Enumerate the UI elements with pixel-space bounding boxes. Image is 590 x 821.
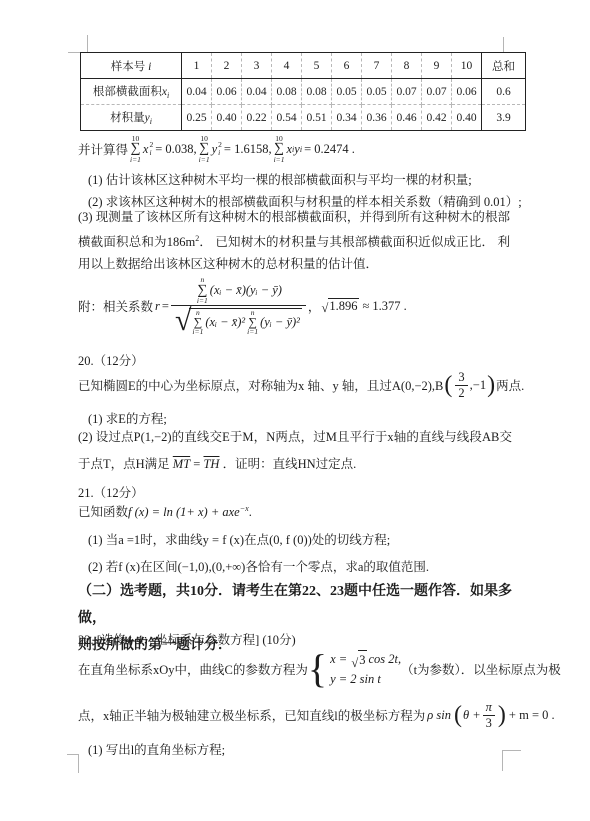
q19-item-1: (1) 估计该林区这种树木平均一棵的根部横截面积与平均一棵的材积量; [88, 170, 472, 188]
q20-item-2: (2) 设过点P(1,−2)的直线交E于M，N两点，过M且平行于x轴的直线与线段… [78, 424, 512, 478]
sum-symbol: 10∑i=1 [199, 135, 210, 163]
sample-data-table: 样本号 i 1 2 3 4 5 6 7 8 9 10 总和 根部横截面积xi 0… [80, 52, 526, 131]
cell-total: 3.9 [482, 105, 526, 131]
equation-y: y = 2 sin t [330, 670, 381, 689]
vector-TH: TH [203, 457, 219, 471]
header-col: 7 [362, 53, 392, 79]
sum-symbol: 10∑i=1 [130, 135, 141, 163]
crop-mark-bottom-right [502, 750, 521, 771]
system-brace: { [308, 649, 327, 689]
left-paren: ( [454, 703, 462, 727]
header-col: 8 [392, 53, 422, 79]
vector-MT: MT [173, 457, 190, 471]
fraction: π3 [483, 700, 495, 730]
header-total: 总和 [482, 53, 526, 79]
q21-number: 21.（12分） [78, 483, 144, 501]
cell: 0.51 [302, 105, 332, 131]
right-paren: ) [498, 703, 506, 727]
q19-item-3: (3) 现测量了该林区所有这种树木的根部横截面积，并得到所有这种树木的根部横截面… [78, 206, 510, 275]
sum-symbol: n∑i=1 [192, 309, 203, 335]
exponent: −x [240, 504, 249, 513]
header-col: 6 [332, 53, 362, 79]
cell: 0.25 [182, 105, 212, 131]
cell: 0.54 [272, 105, 302, 131]
header-col: 10 [452, 53, 482, 79]
q21-stem: 已知函数f (x) = ln (1+ x) + axe−x. [78, 502, 252, 520]
row-label: 根部横截面积xi [81, 79, 182, 105]
exam-page: 样本号 i 1 2 3 4 5 6 7 8 9 10 总和 根部横截面积xi 0… [0, 0, 590, 821]
cell: 0.07 [392, 79, 422, 105]
cell: 0.40 [212, 105, 242, 131]
cell: 0.04 [242, 79, 272, 105]
header-col: 1 [182, 53, 212, 79]
cell: 0.06 [452, 79, 482, 105]
cell: 0.05 [332, 79, 362, 105]
right-paren: ) [487, 373, 495, 397]
radical: √1.896 [321, 298, 359, 314]
row-label: 材积量yi [81, 105, 182, 131]
cell: 0.06 [212, 79, 242, 105]
cell: 0.40 [452, 105, 482, 131]
left-paren: ( [444, 373, 452, 397]
q22-stem-line-2: 点，x轴正半轴为极轴建立极坐标系，已知直线l的极坐标方程为 ρ sin ( θ … [78, 697, 557, 733]
cell: 0.08 [302, 79, 332, 105]
header-col: 4 [272, 53, 302, 79]
sums-formula-line: 并计算得 10∑i=1 x2i = 0.038, 10∑i=1 y2i = 1.… [78, 133, 357, 165]
cell-total: 0.6 [482, 79, 526, 105]
header-col: 3 [242, 53, 272, 79]
crop-mark-bottom-left [67, 754, 79, 773]
cell: 0.04 [182, 79, 212, 105]
table-row-volume: 材积量yi 0.25 0.40 0.22 0.54 0.51 0.34 0.36… [81, 105, 525, 131]
cell: 0.46 [392, 105, 422, 131]
q21-item-1: (1) 当a =1时，求曲线y = f (x)在点(0, f (0))处的切线方… [88, 530, 390, 548]
header-col: 5 [302, 53, 332, 79]
table-header-row: 样本号 i 1 2 3 4 5 6 7 8 9 10 总和 [81, 53, 525, 79]
crop-mark-top-left [68, 35, 88, 53]
radical: √3 [351, 650, 367, 670]
correlation-formula: 附：相关系数 r = n∑i=1 (xᵢ − x̄)(yᵢ − ȳ) √ n∑i… [78, 272, 409, 340]
fraction: n∑i=1 (xᵢ − x̄)(yᵢ − ȳ) √ n∑i=1 (xᵢ − x̄… [171, 276, 306, 335]
fraction: 32 [455, 370, 467, 400]
parametric-system: x = √3cos 2t, y = 2 sin t [330, 650, 401, 689]
header-sample-no: 样本号 i [81, 53, 182, 79]
cell: 0.07 [422, 79, 452, 105]
header-col: 9 [422, 53, 452, 79]
cell: 0.08 [272, 79, 302, 105]
cell: 0.22 [242, 105, 272, 131]
table-row-cross-section: 根部横截面积xi 0.04 0.06 0.04 0.08 0.08 0.05 0… [81, 79, 525, 105]
cell: 0.36 [362, 105, 392, 131]
sum-symbol: n∑i=1 [247, 309, 258, 335]
q22-stem-line-1: 在直角坐标系xOy中，曲线C的参数方程为 { x = √3cos 2t, y =… [78, 645, 561, 693]
sum-symbol: 10∑i=1 [274, 135, 285, 163]
radical: √ n∑i=1 (xᵢ − x̄)² n∑i=1 (yᵢ − ȳ)² [175, 306, 302, 336]
q22-item-1: (1) 写出l的直角坐标方程; [88, 740, 225, 758]
equation-x: x = √3cos 2t, [330, 650, 401, 670]
cell: 0.05 [362, 79, 392, 105]
cell: 0.42 [422, 105, 452, 131]
q20-stem: 已知椭圆E的中心为坐标原点，对称轴为x 轴、y 轴，且过A(0,−2),B ( … [78, 367, 524, 403]
cell: 0.34 [332, 105, 362, 131]
q21-item-2: (2) 若f (x)在区间(−1,0),(0,+∞)各恰有一个零点，求a的取值范… [88, 557, 429, 575]
sum-symbol: n∑i=1 [197, 276, 208, 304]
header-col: 2 [212, 53, 242, 79]
